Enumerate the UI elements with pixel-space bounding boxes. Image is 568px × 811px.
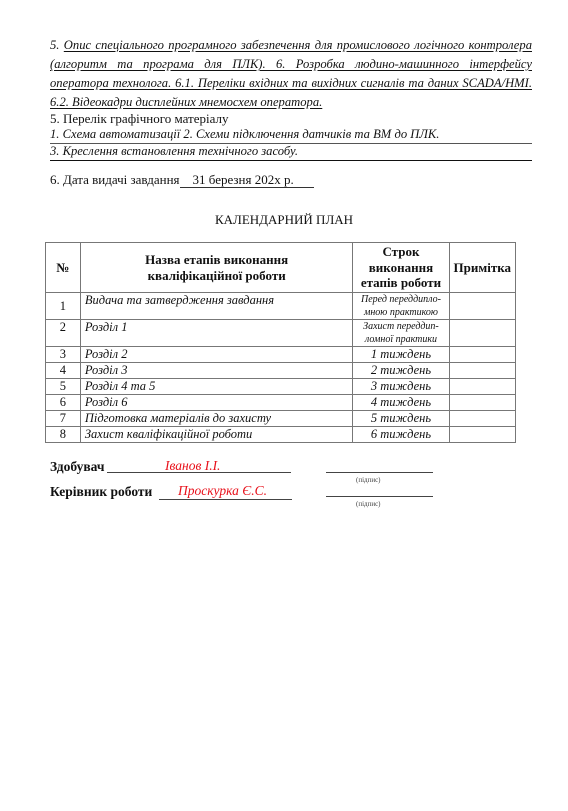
term-cell: Захист переддип-ломної практики	[353, 320, 449, 347]
graphics-heading: 5. Перелік графічного матеріалу	[50, 111, 229, 127]
table-row: 3 Розділ 2 1 тиждень	[46, 347, 516, 363]
student-signature-caption: (підпис)	[356, 476, 381, 484]
supervisor-name-line	[159, 499, 292, 500]
graphics-line-2: 3. Креслення встановлення технічного зас…	[50, 143, 532, 161]
header-note: Примітка	[449, 243, 515, 293]
table-row: 6 Розділ 6 4 тиждень	[46, 395, 516, 411]
issue-date-label: 6. Дата видачі завдання	[50, 172, 180, 187]
table-row: 8 Захист кваліфікаційної роботи 6 тижден…	[46, 427, 516, 443]
table-row: 5 Розділ 4 та 5 3 тиждень	[46, 379, 516, 395]
table-row: 4 Розділ 3 2 тиждень	[46, 363, 516, 379]
term-cell: Перед переддипло-мною практикою	[353, 293, 449, 320]
student-label: Здобувач	[50, 459, 104, 475]
section-5-number: 5.	[50, 38, 59, 52]
header-stage-name: Назва етапів виконання кваліфікаційної р…	[80, 243, 353, 293]
supervisor-name: Проскурка Є.С.	[178, 483, 267, 499]
plan-title: КАЛЕНДАРНИЙ ПЛАН	[0, 212, 568, 228]
supervisor-label: Керівник роботи	[50, 484, 152, 500]
header-number: №	[46, 243, 81, 293]
section-5-paragraph: 5. Опис спеціального програмного забезпе…	[50, 36, 532, 112]
table-row: 1 Видача та затвердження завдання Перед …	[46, 293, 516, 320]
supervisor-signature-line	[326, 496, 433, 497]
student-name: Іванов І.І.	[165, 458, 220, 474]
supervisor-signature-caption: (підпис)	[356, 500, 381, 508]
header-term: Строк виконання етапів роботи	[353, 243, 449, 293]
issue-date-value: 31 березня 202х р.	[180, 172, 314, 188]
student-signature-line	[326, 472, 433, 473]
issue-date: 6. Дата видачі завдання31 березня 202х р…	[50, 172, 314, 188]
table-row: 7 Підготовка матеріалів до захисту 5 тиж…	[46, 411, 516, 427]
graphics-line-1: 1. Схема автоматизації 2. Схеми підключе…	[50, 126, 532, 144]
section-5-text: Опис спеціального програмного забезпечен…	[50, 38, 532, 109]
calendar-plan-table: № Назва етапів виконання кваліфікаційної…	[45, 242, 516, 443]
table-row: 2 Розділ 1 Захист переддип-ломної практи…	[46, 320, 516, 347]
